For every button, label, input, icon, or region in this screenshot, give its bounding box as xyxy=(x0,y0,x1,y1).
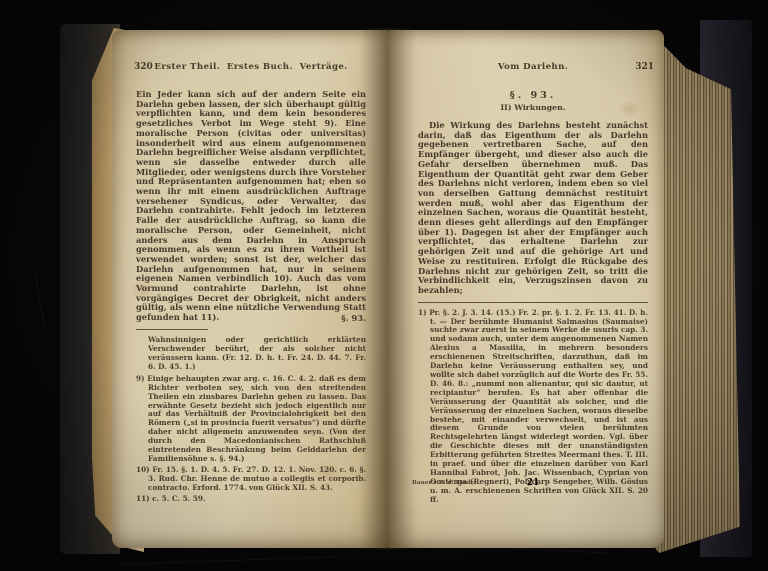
footnote-marker: 9) xyxy=(136,374,145,383)
footnote-item: 9) Einige behaupten zwar arg. c. 16. C. … xyxy=(136,375,366,464)
right-footnote-rule xyxy=(418,302,648,303)
book-photo: 320 Erster Theil. Erstes Buch. Verträge.… xyxy=(0,0,768,571)
right-page-number: 321 xyxy=(635,62,654,72)
right-page: 321 Vom Darlehn. §. 93. II) Wirkungen. D… xyxy=(388,30,664,548)
footnote-marker: 1) xyxy=(418,308,427,317)
section-heading: §. 93. xyxy=(418,90,648,101)
left-page: 320 Erster Theil. Erstes Buch. Verträge.… xyxy=(112,30,388,548)
footnote-item: 1) Pr. §. 2. J. 3. 14. (15.) Fr. 2. pr. … xyxy=(418,309,648,505)
footnote-marker: 11) xyxy=(136,494,150,503)
right-running-head: Vom Darlehn. xyxy=(418,62,648,72)
left-body-text: Ein Jeder kann sich auf der andern Seite… xyxy=(136,90,366,323)
right-body-text: Die Wirkung des Darlehns besteht zunächs… xyxy=(418,121,648,296)
right-page-header: 321 Vom Darlehn. xyxy=(418,62,648,74)
footnote-text: Fr. 15. §. 1. D. 4. 5. Fr. 27. D. 12. 1.… xyxy=(148,465,366,492)
sheet-number: 21 xyxy=(418,478,648,488)
section-subheading: II) Wirkungen. xyxy=(418,103,648,112)
signature-row: Bauer's R. d. Forder. 21 xyxy=(418,478,648,490)
left-running-head: Erster Theil. Erstes Buch. Verträge. xyxy=(136,62,366,72)
footnote-text: Einige behaupten zwar arg. c. 16. C. 4. … xyxy=(147,374,366,463)
footnote-marker: 10) xyxy=(136,465,150,474)
footnote-text: Pr. §. 2. J. 3. 14. (15.) Fr. 2. pr. §. … xyxy=(429,308,648,504)
footnote-item: 11) c. 5. C. 5. 59. xyxy=(136,495,366,504)
footnote-text: c. 5. C. 5. 59. xyxy=(152,494,205,503)
left-footnote-rule xyxy=(136,329,208,330)
left-page-number: 320 xyxy=(134,62,153,72)
scratch-line xyxy=(34,271,45,330)
scratch-line xyxy=(120,556,340,565)
left-page-header: 320 Erster Theil. Erstes Buch. Verträge. xyxy=(136,62,366,74)
left-footnote-continuation: Wahnsinnigen oder gerichtlich erklärten … xyxy=(136,336,366,372)
footnote-item: 10) Fr. 15. §. 1. D. 4. 5. Fr. 27. D. 12… xyxy=(136,466,366,493)
